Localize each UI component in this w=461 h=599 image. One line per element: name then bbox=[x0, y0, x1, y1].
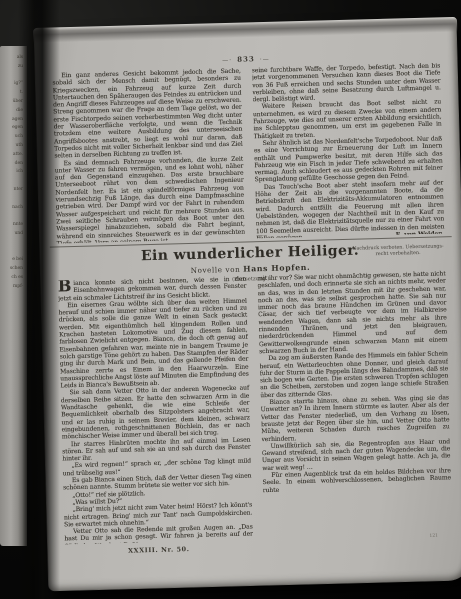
paragraph: seine furchtbare Waffe, der Torpedo, bef… bbox=[252, 62, 441, 103]
paragraph: Das Tauch'sche Boot aber steht insofern … bbox=[255, 179, 445, 238]
paragraph: Weitere Reisen braucht das Boot selbst n… bbox=[253, 99, 442, 140]
byline-prefix: Novelle von bbox=[191, 265, 244, 275]
paragraph: mit ihr vor? Sie war nicht ohnmächtig ge… bbox=[257, 270, 448, 355]
top-article-right-column: seine furchtbare Waffe, der Torpedo, bef… bbox=[252, 62, 445, 238]
facing-page-text-fragments: als zu ig?“ t. über die agen egen uch ut… bbox=[0, 46, 27, 292]
facing-page-sliver: als zu ig?“ t. über die agen egen uch ut… bbox=[0, 46, 27, 546]
rights-notice: Nachdruck verboten. Uebersetzungs- recht… bbox=[346, 244, 450, 258]
volume-issue-footer: XXXIII. Nr. 50. bbox=[65, 543, 253, 556]
top-article-left-column: Ein ganz anderes Gesicht bekommt jedoch … bbox=[52, 68, 245, 244]
paragraph: Es sind demnach Fahrzeuge vorhanden, die… bbox=[55, 155, 246, 243]
top-article: Ein ganz anderes Gesicht bekommt jedoch … bbox=[52, 62, 444, 243]
novella-body: Bianca konnte sich nicht besinnen, wie s… bbox=[58, 270, 453, 544]
scanned-page: —·833·— Ein ganz anderes Gesicht bekommt… bbox=[34, 20, 461, 591]
paragraph: Ein eisernes Grau wölbte sich über den w… bbox=[58, 297, 249, 389]
sheet-signature-mark: 121 bbox=[429, 534, 438, 539]
page-number-ornament-left: —· bbox=[222, 57, 232, 64]
paragraph: Für einen Augenblick trat da ein holdes … bbox=[262, 467, 451, 494]
paragraph: Bianca starrte hinaus, ohne zu sehen. Wa… bbox=[260, 394, 450, 443]
page-number-ornament-right: ·— bbox=[260, 56, 270, 63]
paragraph: Da zog am äußersten Rande des Himmels ei… bbox=[259, 351, 449, 400]
photo-backdrop: als zu ig?“ t. über die agen egen uch ut… bbox=[0, 0, 461, 599]
paragraph: Ein ganz anderes Gesicht bekommt jedoch … bbox=[52, 68, 243, 160]
novella-author: Hans Hopfen. bbox=[243, 263, 310, 274]
novella-left-column: Bianca konnte sich nicht besinnen, wie s… bbox=[58, 276, 253, 545]
paragraph: Sie sah dann Vetter Otto in der anderen … bbox=[61, 385, 251, 441]
novella-right-column: mit ihr vor? Sie war nicht ohnmächtig ge… bbox=[257, 270, 452, 539]
page-number: 833 bbox=[237, 54, 255, 63]
paragraph: Sehr ähnlich ist das Nordenfelt'sche Tor… bbox=[254, 135, 444, 184]
